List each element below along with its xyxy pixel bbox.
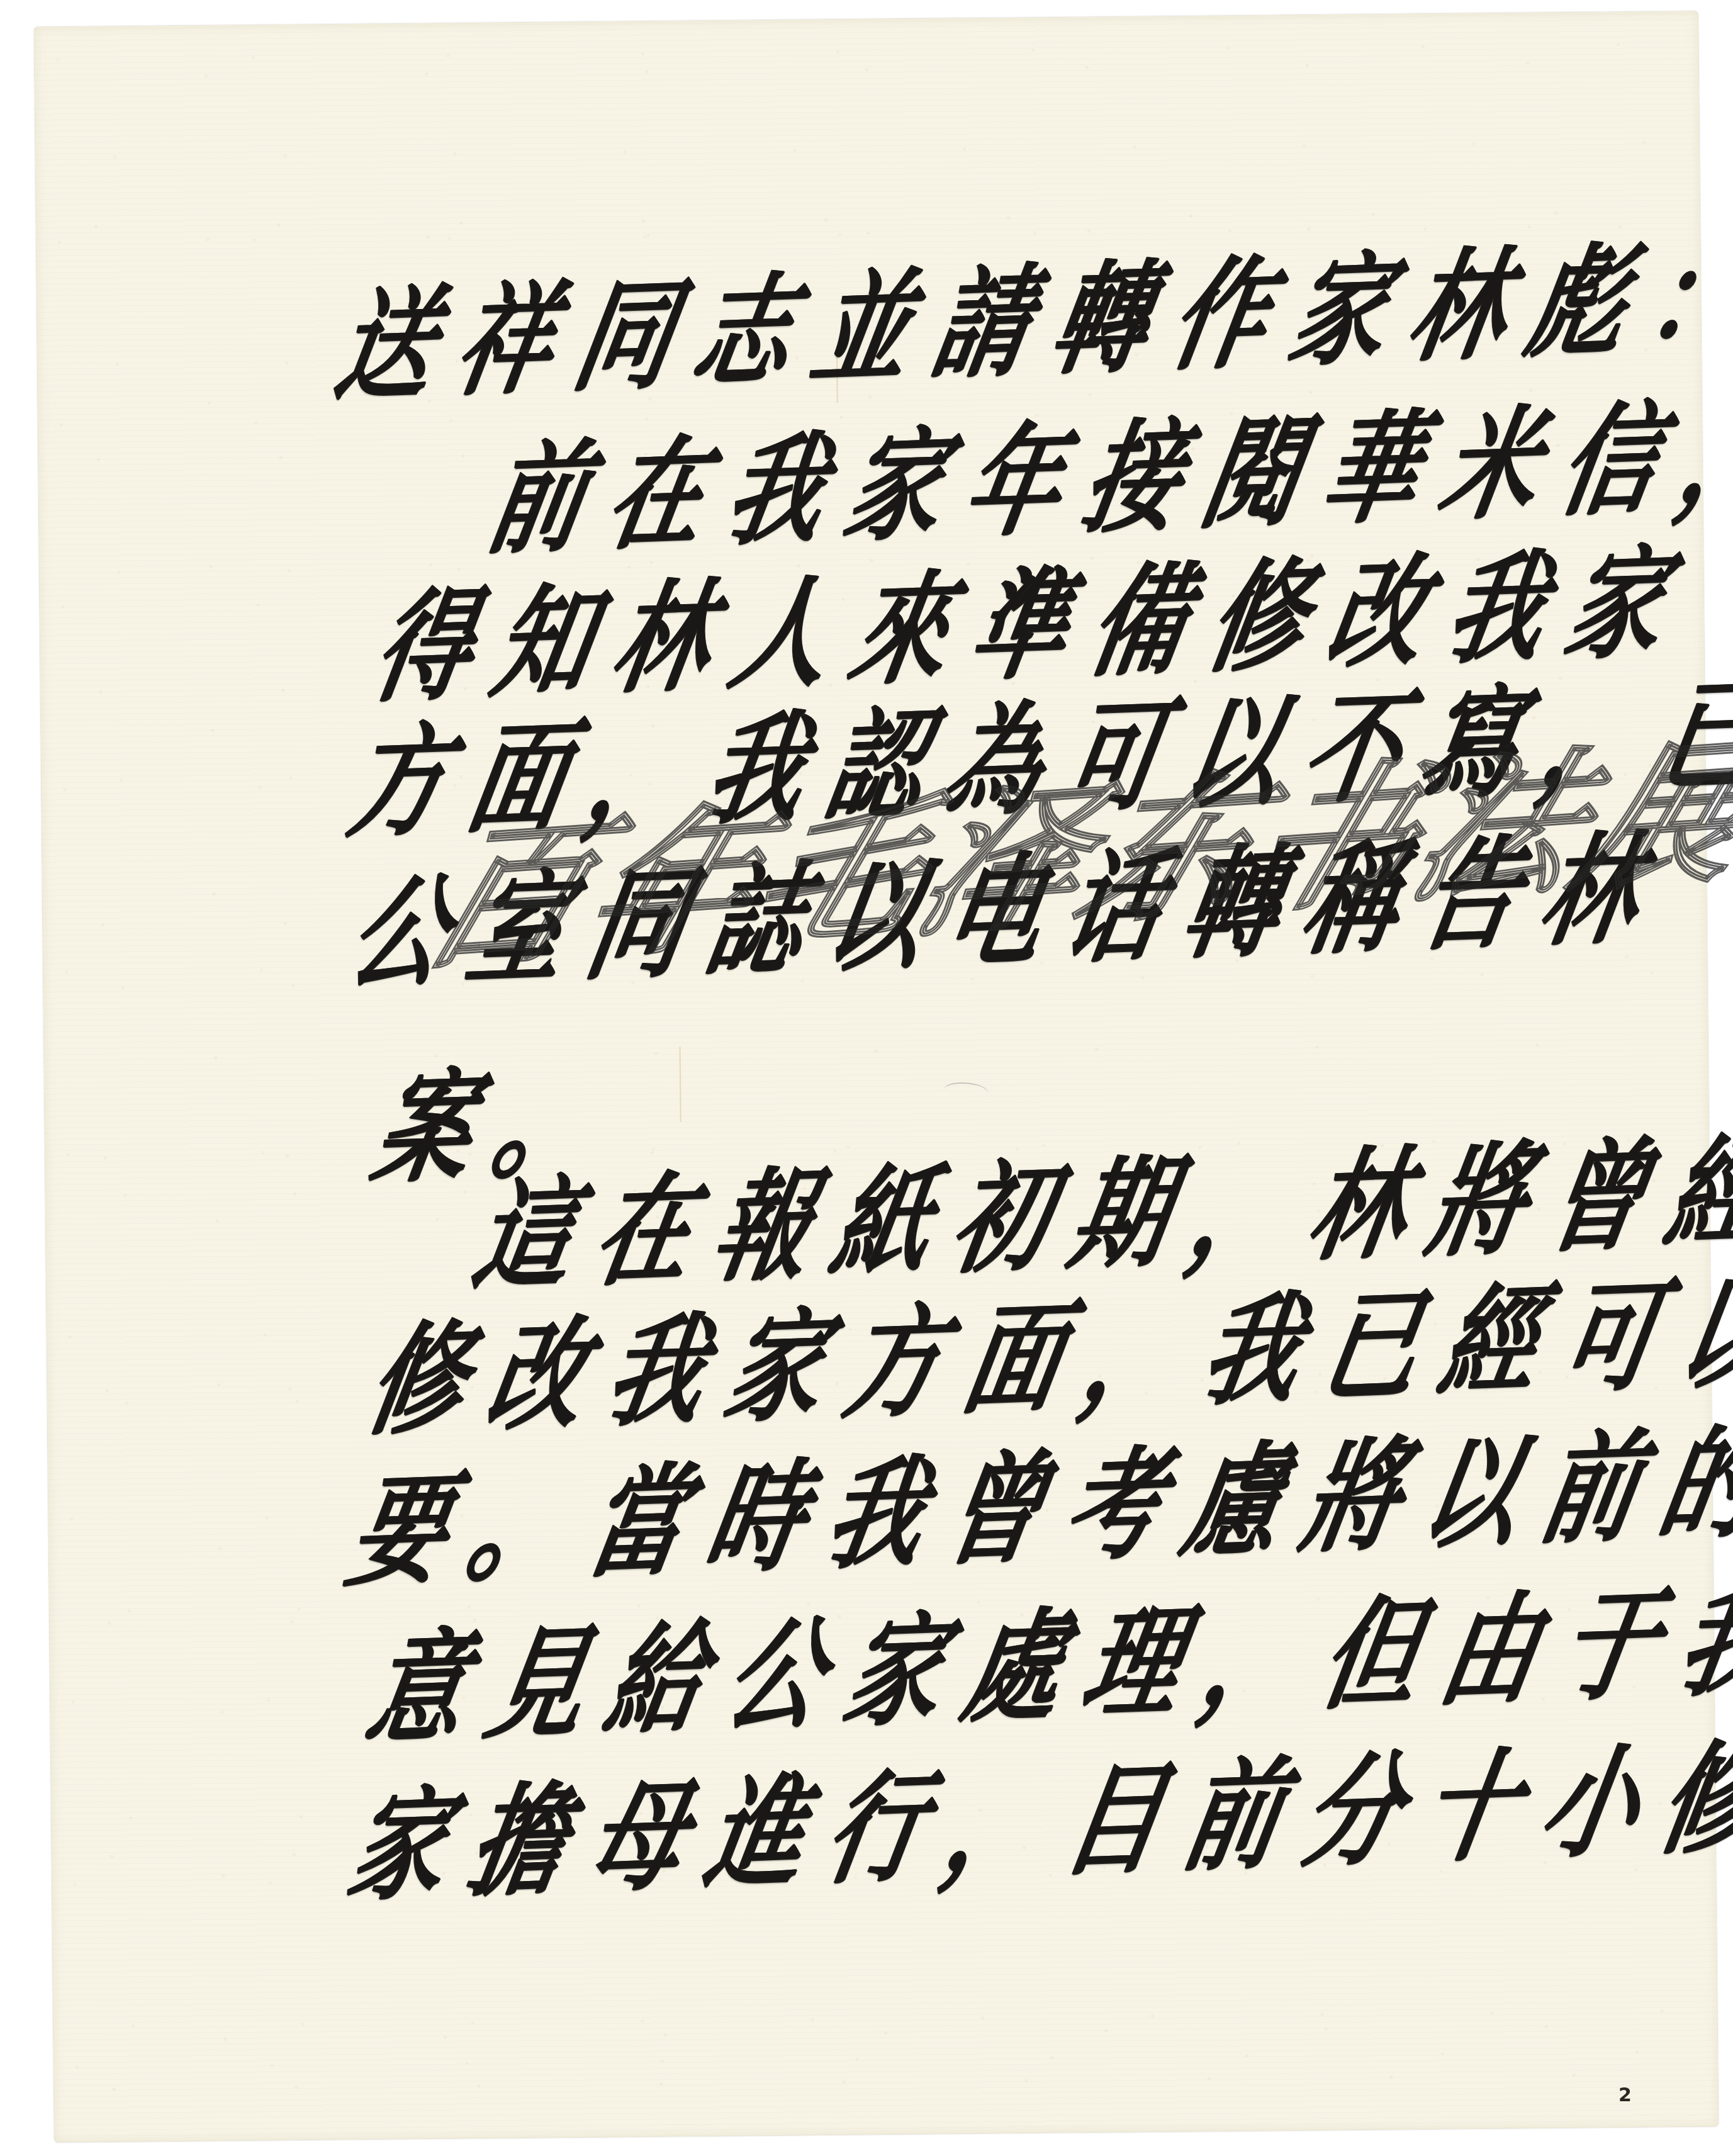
page-number: 2 — [1618, 2084, 1632, 2106]
paper-crease — [680, 1047, 681, 1122]
